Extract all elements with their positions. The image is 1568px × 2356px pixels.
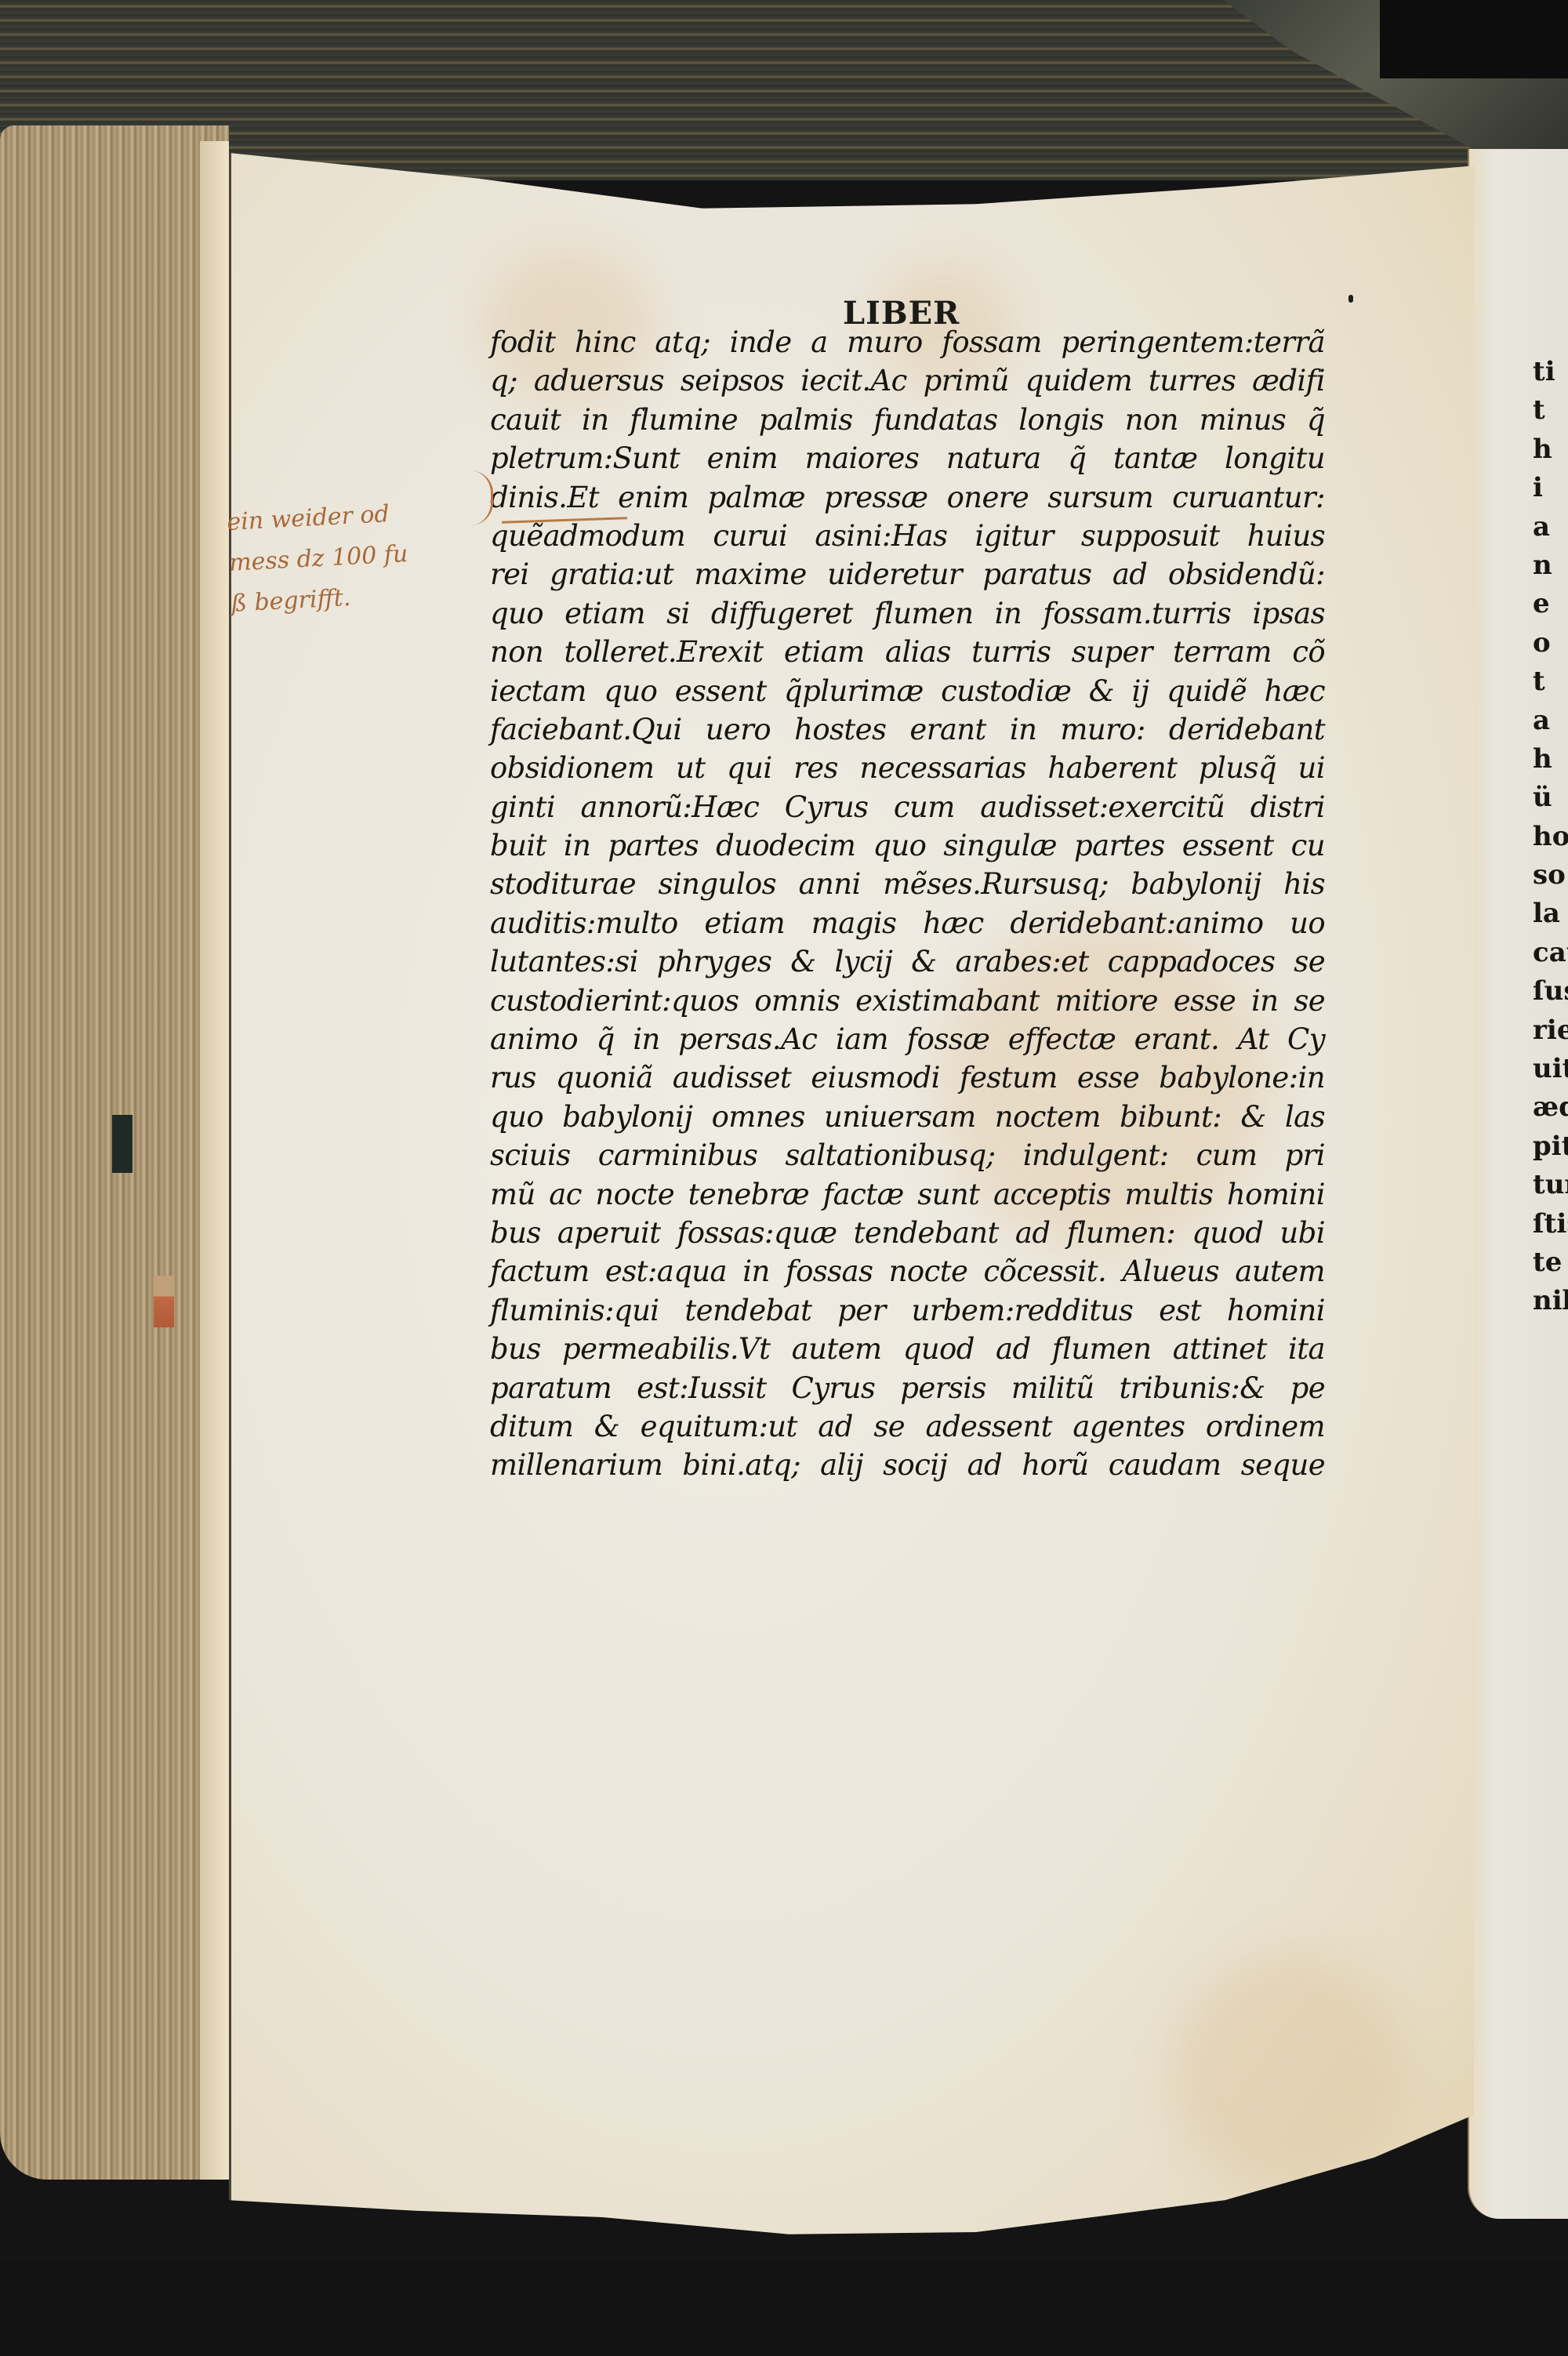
fragment-line: cat — [1533, 934, 1568, 972]
dark-background-corner — [1380, 0, 1568, 78]
text-line: quo etiam si diffugeret flumen in fossam… — [490, 594, 1325, 633]
text-line: mũ ac nocte tenebræ factæ sunt acceptis … — [490, 1175, 1325, 1214]
fragment-line: ü — [1533, 779, 1568, 817]
fragment-line: a — [1533, 508, 1568, 546]
text-line: cauit in flumine palmis fundatas longis … — [490, 401, 1325, 439]
fragment-line: la — [1533, 895, 1568, 933]
text-line: faciebant.Qui uero hostes erant in muro:… — [490, 710, 1325, 749]
fragment-line: a — [1533, 702, 1568, 740]
fragment-line: ſtis e — [1533, 1205, 1568, 1243]
fragment-line: riet — [1533, 1011, 1568, 1050]
text-line: obsidionem ut qui res necessarias habere… — [490, 749, 1325, 787]
text-line: bus permeabilis.Vt autem quod ad flumen … — [490, 1330, 1325, 1368]
main-text-block: fodit hinc atq; inde a muro fossam perin… — [490, 323, 1325, 1485]
ink-speck — [1348, 295, 1353, 303]
text-line: paratum est:Iussit Cyrus persis militũ t… — [490, 1369, 1325, 1407]
fragment-line: nibil — [1533, 1282, 1568, 1320]
fragment-line: so — [1533, 856, 1568, 895]
text-line: animo q̃ in persas.Ac iam fossæ effectæ … — [490, 1020, 1325, 1058]
fragment-line: h — [1533, 430, 1568, 469]
text-line: fodit hinc atq; inde a muro fossam perin… — [490, 323, 1325, 361]
fragment-line: o — [1533, 624, 1568, 663]
fragment-line: t — [1533, 663, 1568, 701]
text-line: pletrum:Sunt enim maiores natura q̃ tant… — [490, 439, 1325, 477]
text-line: rei gratia:ut maxime uideretur paratus a… — [490, 555, 1325, 594]
black-page-tab-marker — [112, 1115, 132, 1173]
text-line: ditum & equitum:ut ad se adessent agente… — [490, 1407, 1325, 1446]
text-line: q; aduersus seipsos iecit.Ac primũ quide… — [490, 361, 1325, 400]
red-page-tab-marker — [154, 1276, 174, 1327]
fragment-line: e — [1533, 585, 1568, 623]
text-line: quẽadmodum curui asini:Has igitur suppos… — [490, 517, 1325, 555]
dark-background-bottom — [0, 2262, 1568, 2356]
text-line: ginti annorũ:Hæc Cyrus cum audisset:exer… — [490, 788, 1325, 826]
fragment-line: uita — [1533, 1050, 1568, 1088]
text-line: rus quoniã audisset eiusmodi festum esse… — [490, 1058, 1325, 1097]
text-line: non tolleret.Erexit etiam alias turris s… — [490, 633, 1325, 671]
text-line: auditis:multo etiam magis hæc deridebant… — [490, 904, 1325, 942]
fragment-line: t — [1533, 391, 1568, 430]
fragment-line: ſus — [1533, 972, 1568, 1011]
fragment-line: ti — [1533, 353, 1568, 391]
text-line: bus aperuit fossas:quæ tendebant ad flum… — [490, 1214, 1325, 1252]
text-line: sciuis carminibus saltationibusq; indulg… — [490, 1136, 1325, 1174]
fragment-line: turu — [1533, 1166, 1568, 1204]
text-line: dinis.Et enim palmæ pressæ onere sursum … — [490, 478, 1325, 517]
facing-page-text-fragment: ti t h i a n e o t a h ü ho so la cat ſu… — [1533, 353, 1568, 1321]
text-line: quo babylonij omnes uniuersam noctem bib… — [490, 1098, 1325, 1136]
handwritten-marginal-note: ein weider od mess dz 100 fu ß begrifft. — [226, 488, 499, 625]
text-line: iectam quo essent q̃plurimæ custodiæ & i… — [490, 672, 1325, 710]
text-line: millenarium bini.atq; alij socij ad horũ… — [490, 1446, 1325, 1484]
foxing-stain — [1172, 1956, 1407, 2191]
fragment-line: n — [1533, 546, 1568, 585]
text-line: lutantes:si phryges & lycij & arabes:et … — [490, 942, 1325, 981]
text-line: fluminis:qui tendebat per urbem:redditus… — [490, 1291, 1325, 1330]
text-line: stoditurae singulos anni mẽses.Rursusq; … — [490, 865, 1325, 903]
fragment-line: ho — [1533, 818, 1568, 856]
text-line: custodierint:quos omnis existimabant mit… — [490, 982, 1325, 1020]
text-line: factum est:aqua in fossas nocte cõcessit… — [490, 1252, 1325, 1291]
fragment-line: te ad — [1533, 1243, 1568, 1282]
fragment-line: h — [1533, 740, 1568, 779]
fragment-line: i — [1533, 469, 1568, 507]
fragment-line: pite — [1533, 1127, 1568, 1166]
fragment-line: ædil — [1533, 1088, 1568, 1127]
page-block-rim — [200, 141, 229, 2180]
text-line: buit in partes duodecim quo singulæ part… — [490, 826, 1325, 865]
